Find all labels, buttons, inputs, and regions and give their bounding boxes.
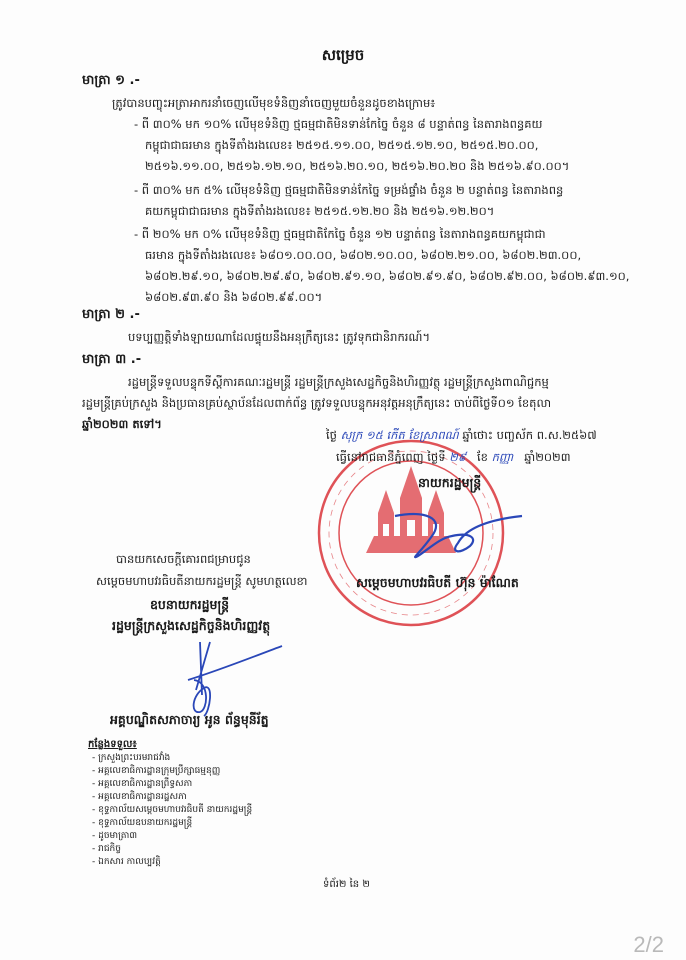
decision-heading: សម្រេច	[0, 46, 686, 68]
deputy-pm-title: ឧបនាយករដ្ឋមន្ត្រី	[150, 597, 229, 616]
deputy-pm-signature-icon	[180, 640, 290, 720]
article-1-intro: ត្រូវបានបញ្ចុះអត្រាអាករនាំចេញលើមុខទំនិញន…	[112, 93, 435, 114]
bullet-3-line-1: - ពី ២០% មក ០% លើមុខទំនិញ ថ្មធម្មជាតិកែច…	[134, 224, 546, 245]
bullet-2-line-1: - ពី ៣០% មក ៥% លើមុខទំនិញ ថ្មធម្មជាតិមិន…	[134, 180, 563, 201]
page-indicator: 2/2	[633, 932, 664, 958]
cc-item: - រាជកិច្ច	[92, 843, 121, 856]
cc-item: - អគ្គលេខាធិការដ្ឋានព្រឹទ្ធសភា	[92, 778, 192, 791]
cc-item: - ខុទ្ទកាល័យឧបនាយករដ្ឋមន្ត្រី	[92, 817, 192, 830]
countersign-line-2: សម្តេចមហាបវរធិបតីនាយករដ្ឋមន្ត្រី សូមហត្ថ…	[96, 574, 307, 591]
article-1-label: មាត្រា ១ .-	[82, 72, 140, 91]
article-3-label: មាត្រា ៣ .-	[82, 351, 141, 370]
lunar-year: ឆ្នាំថោះ បញ្ចស័ក ព.ស.២៥៦៧	[462, 428, 596, 442]
bullet-3-line-3: ៦៨០២.២៩.១០, ៦៨០២.២៩.៩០, ៦៨០២.៩១.១០, ៦៨០២…	[145, 266, 629, 287]
article-2-label: មាត្រា ២ .-	[82, 306, 140, 325]
cc-item: - ដូចមាត្រា៣	[92, 830, 137, 843]
year: ឆ្នាំ២០២៣	[524, 450, 570, 464]
bullet-3-line-4: ៦៨០២.៩៣.៩០ និង ៦៨០២.៩៩.០០។	[145, 287, 322, 308]
deputy-pm-name: អគ្គបណ្ឌិតសភាចារ្យ អូន ព័ន្ធមុនីរ័ត្ន	[110, 712, 269, 731]
countersign-line-1: បានយកសេចក្តីគោរពជម្រាបជូន	[116, 552, 251, 569]
bullet-1-line-2: កម្ពុជាជាធរមាន ក្នុងទីតាំងរងលេខ៖ ២៥១៥.១១…	[145, 135, 538, 156]
page-number-footer: ទំព័រ២ នៃ ២	[323, 877, 370, 892]
bullet-3-line-2: ធរមាន ក្នុងទីតាំងរងលេខ៖ ៦៨០១.០០.០០, ៦៨០២…	[145, 245, 581, 266]
cc-item: - អគ្គលេខាធិការដ្ឋានរដ្ឋសភា	[92, 791, 187, 804]
document-page: សម្រេច មាត្រា ១ .- ត្រូវបានបញ្ចុះអត្រាអា…	[0, 0, 686, 960]
handwritten-lunar-date: សុក្រ ១៥ កើត ខែស្រាពណ៍	[341, 428, 459, 442]
bullet-1-line-1: - ពី ៣០% មក ១០% លើមុខទំនិញ ថ្មធម្មជាតិមិ…	[134, 114, 542, 135]
article-2-text: បទប្បញ្ញត្តិទាំងឡាយណាដែលផ្ទុយនឹងអនុក្រឹត…	[128, 327, 430, 348]
date-day-prefix: ថ្ងៃ	[326, 428, 337, 442]
month-prefix: ខែ	[477, 450, 488, 464]
place-prefix: ធ្វើនៅរាជធានីភ្នំពេញ ថ្ងៃទី	[336, 450, 446, 464]
bullet-1-line-3: ២៥១៦.១១.០០, ២៥១៦.១២.១០, ២៥១៦.២០.១០, ២៥១៦…	[145, 156, 569, 177]
cc-item: - ក្រសួងព្រះបរមរាជវាំង	[92, 752, 170, 765]
bullet-2-line-2: គយកម្ពុជាជាធរមាន ក្នុងទីតាំងរងលេខ៖ ២៥១៥.…	[145, 201, 494, 222]
article-3-line-2: រដ្ឋមន្ត្រីគ្រប់ក្រសួង និងប្រធានគ្រប់ស្ថ…	[82, 393, 551, 414]
cc-heading: កន្លែងទទួល៖	[88, 737, 137, 752]
article-3-line-3: ឆ្នាំ២០២៣ តទៅ។	[82, 414, 162, 435]
minister-title: រដ្ឋមន្ត្រីក្រសួងសេដ្ឋកិច្ចនិងហិរញ្ញវត្ថ…	[112, 618, 270, 637]
date-line-1: ថ្ងៃ សុក្រ ១៥ កើត ខែស្រាពណ៍ ឆ្នាំថោះ បញ្…	[326, 428, 597, 445]
prime-minister-signature-icon	[390, 508, 530, 568]
handwritten-day: ២៩	[449, 450, 466, 464]
handwritten-month: កញ្ញា	[492, 450, 514, 464]
article-3-line-1: រដ្ឋមន្ត្រីទទួលបន្ទុកទីស្តីការគណៈរដ្ឋមន្…	[128, 372, 549, 393]
cc-item: - អគ្គលេខាធិការដ្ឋានក្រុមប្រឹក្សាធម្មនុញ…	[92, 765, 220, 778]
cc-item: - ខុទ្ទកាល័យសម្តេចមហាបវរធិបតី នាយករដ្ឋមន…	[92, 804, 252, 817]
cc-item: - ឯកសារ កាលប្បវត្តិ	[92, 856, 161, 869]
prime-minister-name: សម្តេចមហាបវរធិបតី ហ៊ុន ម៉ាណែត	[356, 575, 519, 594]
date-line-2: ធ្វើនៅរាជធានីភ្នំពេញ ថ្ងៃទី ២៩ ខែ កញ្ញា …	[336, 450, 571, 467]
prime-minister-title: នាយករដ្ឋមន្ត្រី	[418, 475, 481, 494]
